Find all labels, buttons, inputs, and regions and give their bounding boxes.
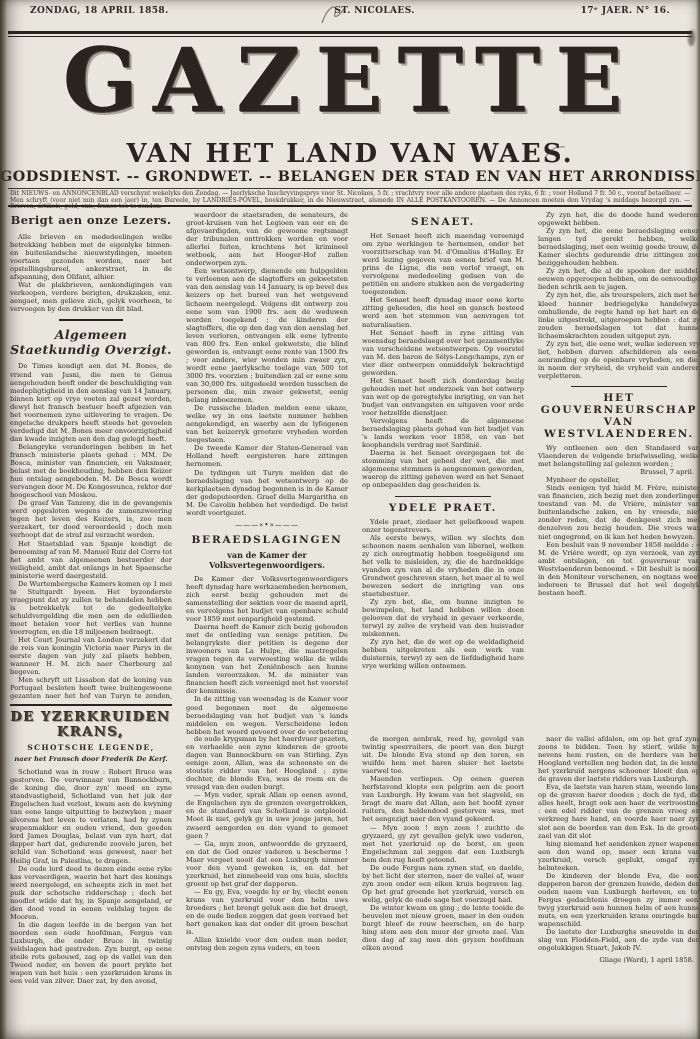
paragraph: De tydingen uit Turyn melden dat de bera… xyxy=(186,469,348,517)
paragraph: Mynheer de opsteller, xyxy=(538,476,700,484)
paragraph: Het Senaet heeft dynsdag maer eene korte… xyxy=(362,296,524,328)
paragraph: Zy zyn het, die eene wet, welke iedereen… xyxy=(538,340,700,380)
dateline-date: ZONDAG, 18 APRIL 1858. xyxy=(30,6,169,16)
feuilleton-subtitle: SCHOTSCHE LEGENDE, xyxy=(10,743,172,752)
section-title: SENAET. xyxy=(362,216,524,228)
paragraph: De laetste der Luxburghs sneuvelde in de… xyxy=(538,928,700,952)
paragraph: Zy zyn het, die, om hunne inzigten te be… xyxy=(362,598,524,638)
section-subtitle: van de Kamer der Volksvertegenwoordigers… xyxy=(186,550,348,570)
paragraph: Schotland was in rouw : Robert Bruce was… xyxy=(10,768,172,865)
section-title: YDELE PRAET. xyxy=(362,502,524,514)
signature: Gliage (Ward), 1 april 1858. xyxy=(538,956,700,964)
section-title: HET GOUVERNEURSCHAP VAN WESTVLAENDEREN. xyxy=(538,392,700,440)
divider xyxy=(395,496,491,497)
article-title: Berigt aen onze Lezers. xyxy=(10,213,172,227)
paragraph: Wat de plakbrieven, aenkondigingen van v… xyxy=(10,281,172,313)
paragraph: hing niemand het aendenken zyner wapenen… xyxy=(538,840,700,872)
paragraph: naer de vallei afdalen, om op het graf z… xyxy=(538,735,700,783)
paragraph: De Times kondigt aen dat M. Bones, de vr… xyxy=(10,362,172,442)
paragraph: Het Senaet heeft zich donderdag bezig ge… xyxy=(362,377,524,417)
paragraph: Als eerste bewys, willen wy slechts den … xyxy=(362,534,524,598)
paragraph: Zy zyn het, die, als treurspelers, zich … xyxy=(538,291,700,339)
scan-shadow-left xyxy=(0,0,7,1039)
paragraph: Zy zyn het, die al de spooken der middel… xyxy=(538,267,700,291)
hairline-rule xyxy=(8,188,692,189)
scan-shadow-right xyxy=(696,0,700,1039)
paragraph: — Myn vader, sprak Allan op eenen avond,… xyxy=(186,791,348,839)
paragraph: Ydele praet, ziedaer het geliefkoosd wap… xyxy=(362,518,524,534)
paragraph: Het Court Journal van Londen verzekert d… xyxy=(10,636,172,676)
ink-mark xyxy=(543,144,567,160)
paragraph: waerdoor de staetsraden, de senateurs, d… xyxy=(186,211,348,267)
paragraph: — En gy, Eva, voegde hy er by, vlecht ee… xyxy=(186,888,348,936)
paragraph: De oude Fergus nam zynen staf, en daelde… xyxy=(362,864,524,904)
divider xyxy=(571,386,667,387)
column-3: SENAET.Het Senaet heeft zich maendag ver… xyxy=(362,211,524,1033)
paragraph: Zy zyn het, die de wet op de weldadighei… xyxy=(362,638,524,670)
paragraph: Maenden verliepen. Op eenen gueren herfs… xyxy=(362,775,524,823)
column-2-articles: waerdoor de staetsraden, de senateurs, d… xyxy=(186,211,348,735)
column-2-feuilleton: de oude krygsman by het haerdvuer gezete… xyxy=(186,735,348,1033)
paragraph: Het Senaet heeft zich maendag vereenigd … xyxy=(362,232,524,296)
paragraph: In de zitting van woensdag is de Kamer v… xyxy=(186,695,348,735)
ornament-divider: ———«•»——— xyxy=(186,521,348,529)
paragraph: Een wetsontwerp, dienende om hulpgelden … xyxy=(186,267,348,404)
paragraph: De winter kwam en ging ; de lente tooide… xyxy=(362,904,524,952)
paragraph: Een besluit van 9 november 1858 meldde :… xyxy=(538,541,700,597)
paragraph: Vervolgens heeft de algemeene beraedslag… xyxy=(362,417,524,449)
paragraph: Zy zyn het, die eene beraedslaging eenen… xyxy=(538,227,700,267)
paragraph: Daerna is het Senaet overgegaen tot de s… xyxy=(362,449,524,489)
paragraph: — Ga, myn zoon, antwoordde de gryzaerd, … xyxy=(186,840,348,888)
paragraph: De graef Van Tanzony, die in de gevangen… xyxy=(10,499,172,539)
paragraph: De Kamer der Volksvertegenwoordigers hee… xyxy=(186,575,348,623)
paragraph: De russische bladen melden eene ukaze, w… xyxy=(186,404,348,444)
paragraph: Zy zyn het, die de doode hand wederom op… xyxy=(538,211,700,227)
dateline: ZONDAG, 18 APRIL 1858. ST. NICOLAES. 17ᵉ… xyxy=(0,6,700,16)
column-3-feuilleton: de morgen aenbrak, reed hy, gevolgd van … xyxy=(362,735,524,1033)
paragraph: In die dagen leefde in de bergen van het… xyxy=(10,921,172,985)
feuilleton-title: DE YZERKRUIDEN KRANS, xyxy=(10,710,172,740)
paragraph: De Wurtembergsche Kamers komen op 1 mei … xyxy=(10,580,172,636)
paragraph: Wy ontleenen aen den Standaerd van Vlaen… xyxy=(538,444,700,468)
paragraph: Men schryft uit Lissabon dat de koning v… xyxy=(10,676,172,701)
paragraph: Allan knielde voor den ouden man neder, … xyxy=(186,936,348,952)
paragraph: de morgen aenbrak, reed hy, gevolgd van … xyxy=(362,735,524,775)
paragraph: de oude krygsman by het haerdvuer gezete… xyxy=(186,735,348,791)
dateline-issue: 17ᵉ JAER. N° 16. xyxy=(581,6,670,16)
paragraph: De tweede Kamer der Staten-Generael van … xyxy=(186,444,348,468)
feuilleton-byline: naer het Fransch door Frederik De Kerf. xyxy=(10,755,172,763)
column-4-feuilleton: naer de vallei afdalen, om op het graf z… xyxy=(538,735,700,1033)
newspaper-title: GAZETTE xyxy=(0,34,700,127)
newspaper-subtitle: VAN HET LAND VAN WAES. xyxy=(0,139,700,169)
date-line: Brussel, 7 april. xyxy=(538,468,700,476)
paragraph: Belangryke veranderingen hebben in het f… xyxy=(10,443,172,499)
paragraph: Daerna heeft de Kamer zich bezig gehoude… xyxy=(186,623,348,695)
paragraph: — Myn zoon ! myn zoon ! zuchtte de gryza… xyxy=(362,824,524,864)
divider xyxy=(10,704,172,706)
column-4: Zy zyn het, die de doode hand wederom op… xyxy=(538,211,700,1033)
section-title: Algemeen Staetkundig Overzigt. xyxy=(10,327,172,357)
column-3-articles: SENAET.Het Senaet heeft zich maendag ver… xyxy=(362,211,524,735)
paragraph: Het Senaet heeft in zyne zitting van woe… xyxy=(362,329,524,377)
column-2: waerdoor de staetsraden, de senateurs, d… xyxy=(186,211,348,1033)
paragraph: De oude lord deed te dezen einde eene ry… xyxy=(10,865,172,921)
thick-rule xyxy=(8,205,692,207)
column-1: Berigt aen onze Lezers.Alle brieven en m… xyxy=(10,211,172,1033)
newspaper-page: ZONDAG, 18 APRIL 1858. ST. NICOLAES. 17ᵉ… xyxy=(0,0,700,1039)
newspaper-motto: GODSDIENST. -- GRONDWET. -- BELANGEN DER… xyxy=(0,169,700,185)
column-1-feuilleton: DE YZERKRUIDEN KRANS,SCHOTSCHE LEGENDE,n… xyxy=(10,701,172,1033)
section-title: BERAEDSLAGINGEN xyxy=(186,534,348,546)
paragraph: Eva, de laetste van haren stam, weende l… xyxy=(538,783,700,839)
paragraph: Alle brieven en mededeelingen welke betr… xyxy=(10,233,172,281)
paragraph: Het Staetsblad van Spanje kondigt de ben… xyxy=(10,540,172,580)
column-4-articles: Zy zyn het, die de doode hand wederom op… xyxy=(538,211,700,735)
imprint-text: Dit NIEUWS- en ANNONCENBLAD verschynt we… xyxy=(10,191,690,211)
ink-mark xyxy=(318,1,348,27)
column-1-articles: Berigt aen onze Lezers.Alle brieven en m… xyxy=(10,211,172,701)
paragraph: De kinderen der blonde Eva, die een' dap… xyxy=(538,872,700,928)
divider xyxy=(59,319,123,321)
paragraph: Sinds eenigen tyd hield M. Frère, minist… xyxy=(538,484,700,540)
